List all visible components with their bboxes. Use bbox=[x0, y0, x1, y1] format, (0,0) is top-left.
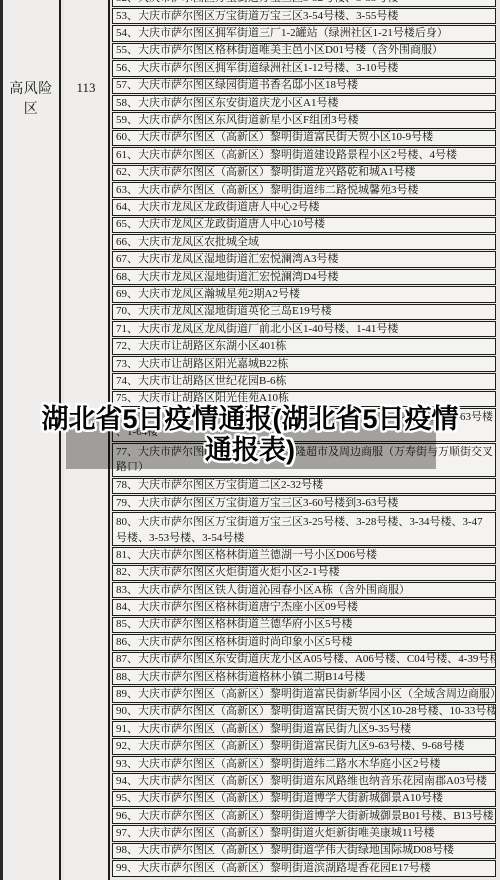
table-row-partial: 52、大庆市萨尔图区万宝街道万宝三区3-52号楼、3-53号楼 bbox=[112, 0, 496, 7]
table-row: 58、大庆市萨尔图区东安街道庆龙小区A1号楼 bbox=[112, 95, 496, 111]
row-text: 86、大庆市萨尔图区格林街道时尚印象小区5号楼 bbox=[116, 636, 353, 649]
table-row: 97、大庆市萨尔图区（高新区）黎明街道火炬新街唯美康城11号楼 bbox=[112, 825, 496, 841]
row-text: 63、大庆市萨尔图区（高新区）黎明街道纬二路悦城馨苑3号楼 bbox=[116, 184, 419, 197]
table-row: 61、大庆市萨尔图区（高新区）黎明街道建设路景程小区2号楼、4号楼 bbox=[112, 147, 496, 163]
table-row: 73、大庆市让胡路区阳光嘉城B22栋 bbox=[112, 356, 496, 372]
table-row: 96、大庆市萨尔图区（高新区）黎明街道博学大街新城御景B01号楼、B13号楼 bbox=[112, 808, 496, 824]
row-text: 67、大庆市龙凤区湿地街道汇宏悦澜湾A3号楼 bbox=[116, 253, 338, 266]
table-row: 59、大庆市萨尔图区东风街道新星小区F组团3号楼 bbox=[112, 112, 496, 128]
row-text: 97、大庆市萨尔图区（高新区）黎明街道火炬新街唯美康城11号楼 bbox=[116, 827, 435, 840]
table-row: 95、大庆市萨尔图区（高新区）黎明街道博学大街新城御景A10号楼 bbox=[112, 791, 496, 807]
row-text: 64、大庆市龙凤区龙政街道唐人中心2号楼 bbox=[116, 201, 320, 214]
table-row: 68、大庆市龙凤区湿地街道汇宏悦澜湾D4号楼 bbox=[112, 269, 496, 285]
table-row: 88、大庆市萨尔图区格林街道格林小镇二期B14号楼 bbox=[112, 669, 496, 685]
row-text: 85、大庆市萨尔图区格林街道兰德华府小区5号楼 bbox=[116, 618, 353, 631]
table-row: 66、大庆市龙凤区农批城全域 bbox=[112, 234, 496, 250]
row-text: 71、大庆市龙凤区龙凤街道厂前北小区1-40号楼、1-41号楼 bbox=[116, 323, 398, 336]
table-row: 74、大庆市让胡路区世纪花园B-6栋 bbox=[112, 373, 496, 389]
row-text: 60、大庆市萨尔图区（高新区）黎明街道富民街天贺小区10-9号楼 bbox=[116, 131, 433, 144]
table-row: 86、大庆市萨尔图区格林街道时尚印象小区5号楼 bbox=[112, 634, 496, 650]
row-text: 92、大庆市萨尔图区（高新区）黎明街道富民街九区9-63号楼、9-68号楼 bbox=[116, 740, 464, 753]
watermark-line-1: 湖北省5日疫情通报(湖北省5日疫情 bbox=[38, 404, 462, 435]
row-text: 96、大庆市萨尔图区（高新区）黎明街道博学大街新城御景B01号楼、B13号楼 bbox=[116, 810, 494, 823]
table-row: 55、大庆市萨尔图区格林街道唯美主邑小区D01号楼（含外围商服） bbox=[112, 43, 496, 59]
row-text: 78、大庆市萨尔图区万宝街道二区2-32号楼 bbox=[116, 479, 323, 492]
table-row: 63、大庆市萨尔图区（高新区）黎明街道纬二路悦城馨苑3号楼 bbox=[112, 182, 496, 198]
row-text: 56、大庆市萨尔图区拥军街道绿洲社区1-12号楼、3-10号楼 bbox=[116, 62, 398, 75]
table-row: 72、大庆市让胡路区东湖小区401栋 bbox=[112, 338, 496, 354]
row-text: 79、大庆市萨尔图区万宝街道万宝三区3-60号楼到3-63号楼 bbox=[116, 497, 398, 510]
row-text: 89、大庆市萨尔图区（高新区）黎明街道富民街新华园小区（全域含周边商服） bbox=[116, 688, 496, 701]
row-text: 91、大庆市萨尔图区（高新区）黎明街道富民街九区9-35号楼 bbox=[116, 723, 411, 736]
row-text: 55、大庆市萨尔图区格林街道唯美主邑小区D01号楼（含外围商服） bbox=[116, 44, 443, 57]
row-text: 94、大庆市萨尔图区（高新区）黎明街道东风路维也纳音乐花园南郡A03号楼 bbox=[116, 775, 487, 788]
row-text: 65、大庆市龙凤区龙政街道唐人中心10号楼 bbox=[116, 218, 325, 231]
row-text: 98、大庆市萨尔图区（高新区）黎明街道学伟大街绿地国际城D08号楼 bbox=[116, 844, 454, 857]
row-text: 88、大庆市萨尔图区格林街道格林小镇二期B14号楼 bbox=[116, 671, 365, 684]
table-row: 82、大庆市萨尔图区火炬街道火炬小区2-1号楼 bbox=[112, 565, 496, 581]
row-text: 73、大庆市让胡路区阳光嘉城B22栋 bbox=[116, 358, 288, 371]
table-row: 83、大庆市萨尔图区铁人街道沁园春小区A栋（含外围商服） bbox=[112, 582, 496, 598]
table-row: 89、大庆市萨尔图区（高新区）黎明街道富民街新华园小区（全域含周边商服） bbox=[112, 686, 496, 702]
table-row: 71、大庆市龙凤区龙凤街道厂前北小区1-40号楼、1-41号楼 bbox=[112, 321, 496, 337]
row-text: 83、大庆市萨尔图区铁人街道沁园春小区A栋（含外围商服） bbox=[116, 584, 410, 597]
table-row: 92、大庆市萨尔图区（高新区）黎明街道富民街九区9-63号楼、9-68号楼 bbox=[112, 738, 496, 754]
table-row: 78、大庆市萨尔图区万宝街道二区2-32号楼 bbox=[112, 478, 496, 494]
row-text: 68、大庆市龙凤区湿地街道汇宏悦澜湾D4号楼 bbox=[116, 271, 338, 284]
row-text: 59、大庆市萨尔图区东风街道新星小区F组团3号楼 bbox=[116, 114, 359, 127]
table-row: 87、大庆市萨尔图区东安街道庆龙小区A05号楼、A06号楼、C04号楼、4-39… bbox=[112, 652, 496, 668]
table-row: 85、大庆市萨尔图区格林街道兰德华府小区5号楼 bbox=[112, 617, 496, 633]
table-row: 80、大庆市萨尔图区万宝街道万宝三区3-25号楼、3-28号楼、3-34号楼、3… bbox=[112, 512, 496, 546]
table-row: 98、大庆市萨尔图区（高新区）黎明街道学伟大街绿地国际城D08号楼 bbox=[112, 843, 496, 859]
table-row: 64、大庆市龙凤区龙政街道唐人中心2号楼 bbox=[112, 199, 496, 215]
risk-level-label: 高风险区 bbox=[3, 78, 59, 118]
table-row: 54、大庆市萨尔图区拥军街道三厂1-2罐站（绿洲社区1-21号楼后身） bbox=[112, 25, 496, 41]
risk-count-value: 113 bbox=[64, 80, 108, 96]
row-text: 99、大庆市萨尔图区（高新区）黎明街道滨湖路堤香花园E17号楼 bbox=[116, 862, 431, 875]
row-text: 52、大庆市萨尔图区万宝街道万宝三区3-52号楼、3-53号楼 bbox=[116, 0, 398, 5]
row-text: 82、大庆市萨尔图区火炬街道火炬小区2-1号楼 bbox=[116, 566, 340, 579]
row-text: 53、大庆市萨尔图区万宝街道万宝三区3-54号楼、3-55号楼 bbox=[116, 10, 398, 23]
table-row: 69、大庆市龙凤区瀚城星苑2期A2号楼 bbox=[112, 286, 496, 302]
table-row: 94、大庆市萨尔图区（高新区）黎明街道东风路维也纳音乐花园南郡A03号楼 bbox=[112, 773, 496, 789]
row-text: 57、大庆市萨尔图区绿园街道书香名邸小区18号楼 bbox=[116, 79, 358, 92]
table-row: 90、大庆市萨尔图区（高新区）黎明街道富民街天贺小区10-28号楼、10-33号… bbox=[112, 704, 496, 720]
row-text: 54、大庆市萨尔图区拥军街道三厂1-2罐站（绿洲社区1-21号楼后身） bbox=[116, 27, 448, 40]
risk-area-table-page: 高风险区 113 52、大庆市萨尔图区万宝街道万宝三区3-52号楼、3-53号楼… bbox=[0, 0, 500, 880]
row-text: 81、大庆市萨尔图区格林街道兰德湖一号小区D06号楼 bbox=[116, 549, 377, 562]
row-text: 84、大庆市萨尔图区格林街道唐宁杰座小区09号楼 bbox=[116, 601, 358, 614]
table-row: 65、大庆市龙凤区龙政街道唐人中心10号楼 bbox=[112, 217, 496, 233]
row-text: 62、大庆市萨尔图区（高新区）黎明街道龙兴路乾和城A1号楼 bbox=[116, 166, 415, 179]
table-row: 91、大庆市萨尔图区（高新区）黎明街道富民街九区9-35号楼 bbox=[112, 721, 496, 737]
table-row: 99、大庆市萨尔图区（高新区）黎明街道滨湖路堤香花园E17号楼 bbox=[112, 860, 496, 876]
row-text: 58、大庆市萨尔图区东安街道庆龙小区A1号楼 bbox=[116, 97, 338, 110]
row-text: 95、大庆市萨尔图区（高新区）黎明街道博学大街新城御景A10号楼 bbox=[116, 792, 443, 805]
watermark-text: 湖北省5日疫情通报(湖北省5日疫情 通报表) bbox=[38, 404, 462, 466]
table-row: 53、大庆市萨尔图区万宝街道万宝三区3-54号楼、3-55号楼 bbox=[112, 8, 496, 24]
table-row: 81、大庆市萨尔图区格林街道兰德湖一号小区D06号楼 bbox=[112, 547, 496, 563]
watermark-line-2: 通报表) bbox=[38, 435, 462, 466]
row-text: 61、大庆市萨尔图区（高新区）黎明街道建设路景程小区2号楼、4号楼 bbox=[116, 149, 457, 162]
table-row: 84、大庆市萨尔图区格林街道唐宁杰座小区09号楼 bbox=[112, 599, 496, 615]
table-row: 67、大庆市龙凤区湿地街道汇宏悦澜湾A3号楼 bbox=[112, 251, 496, 267]
table-row: 56、大庆市萨尔图区拥军街道绿洲社区1-12号楼、3-10号楼 bbox=[112, 60, 496, 76]
table-row: 79、大庆市萨尔图区万宝街道万宝三区3-60号楼到3-63号楼 bbox=[112, 495, 496, 511]
row-text: 69、大庆市龙凤区瀚城星苑2期A2号楼 bbox=[116, 288, 300, 301]
row-text: 87、大庆市萨尔图区东安街道庆龙小区A05号楼、A06号楼、C04号楼、4-39… bbox=[116, 653, 496, 666]
row-text: 80、大庆市萨尔图区万宝街道万宝三区3-25号楼、3-28号楼、3-34号楼、3… bbox=[116, 516, 483, 544]
table-row: 60、大庆市萨尔图区（高新区）黎明街道富民街天贺小区10-9号楼 bbox=[112, 130, 496, 146]
table-row: 62、大庆市萨尔图区（高新区）黎明街道龙兴路乾和城A1号楼 bbox=[112, 165, 496, 181]
table-row: 57、大庆市萨尔图区绿园街道书香名邸小区18号楼 bbox=[112, 78, 496, 94]
row-text: 70、大庆市龙凤区湿地街道英伦三岛E19号楼 bbox=[116, 305, 332, 318]
row-text: 66、大庆市龙凤区农批城全域 bbox=[116, 236, 259, 249]
table-row: 70、大庆市龙凤区湿地街道英伦三岛E19号楼 bbox=[112, 304, 496, 320]
row-text: 72、大庆市让胡路区东湖小区401栋 bbox=[116, 340, 287, 353]
table-row: 93、大庆市萨尔图区（高新区）黎明街道纬二路水木华庭小区2号楼 bbox=[112, 756, 496, 772]
row-text: 90、大庆市萨尔图区（高新区）黎明街道富民街天贺小区10-28号楼、10-33号… bbox=[116, 705, 496, 718]
row-text: 93、大庆市萨尔图区（高新区）黎明街道纬二路水木华庭小区2号楼 bbox=[116, 758, 441, 771]
row-text: 74、大庆市让胡路区世纪花园B-6栋 bbox=[116, 375, 287, 388]
